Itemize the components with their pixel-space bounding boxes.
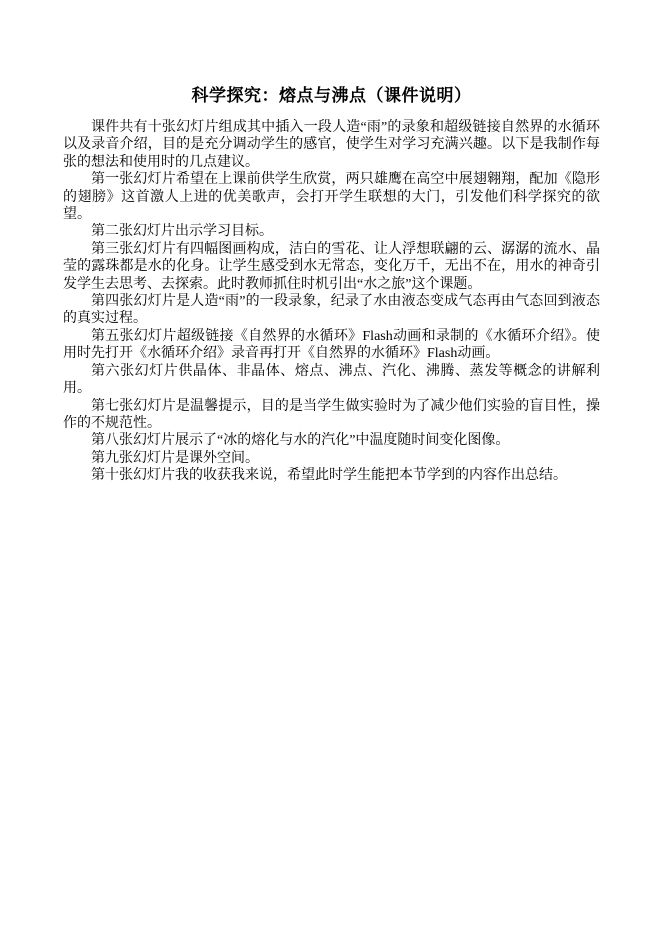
paragraph-slide-10: 第十张幻灯片我的收获我来说，希望此时学生能把本节学到的内容作出总结。 bbox=[63, 467, 600, 484]
paragraph-slide-5: 第五张幻灯片超级链接《自然界的水循环》Flash动画和录制的《水循环介绍》。使用… bbox=[63, 328, 600, 363]
paragraph-slide-4: 第四张幻灯片是人造“雨”的一段录象，纪录了水由液态变成气态再由气态回到液态的真实… bbox=[63, 293, 600, 328]
paragraph-slide-9: 第九张幻灯片是课外空间。 bbox=[63, 450, 600, 467]
paragraph-slide-2: 第二张幻灯片出示学习目标。 bbox=[63, 223, 600, 240]
paragraph-intro: 课件共有十张幻灯片组成其中插入一段人造“雨”的录象和超级链接自然界的水循环以及录… bbox=[63, 119, 600, 171]
paragraph-slide-3: 第三张幻灯片有四幅图画构成，洁白的雪花、让人浮想联翩的云、潺潺的流水、晶莹的露珠… bbox=[63, 241, 600, 293]
document-body: 课件共有十张幻灯片组成其中插入一段人造“雨”的录象和超级链接自然界的水循环以及录… bbox=[63, 119, 600, 485]
document-page: 科学探究：熔点与沸点（课件说明） 课件共有十张幻灯片组成其中插入一段人造“雨”的… bbox=[0, 0, 661, 935]
document-title: 科学探究：熔点与沸点（课件说明） bbox=[63, 86, 600, 106]
paragraph-slide-7: 第七张幻灯片是温馨提示，目的是当学生做实验时为了减少他们实验的盲目性，操作的不规… bbox=[63, 398, 600, 433]
paragraph-slide-1: 第一张幻灯片希望在上课前供学生欣赏，两只雄鹰在高空中展翅翱翔，配加《隐形的翅膀》… bbox=[63, 171, 600, 223]
paragraph-slide-8: 第八张幻灯片展示了“冰的熔化与水的汽化”中温度随时间变化图像。 bbox=[63, 432, 600, 449]
paragraph-slide-6: 第六张幻灯片供晶体、非晶体、熔点、沸点、汽化、沸腾、蒸发等概念的讲解利用。 bbox=[63, 363, 600, 398]
